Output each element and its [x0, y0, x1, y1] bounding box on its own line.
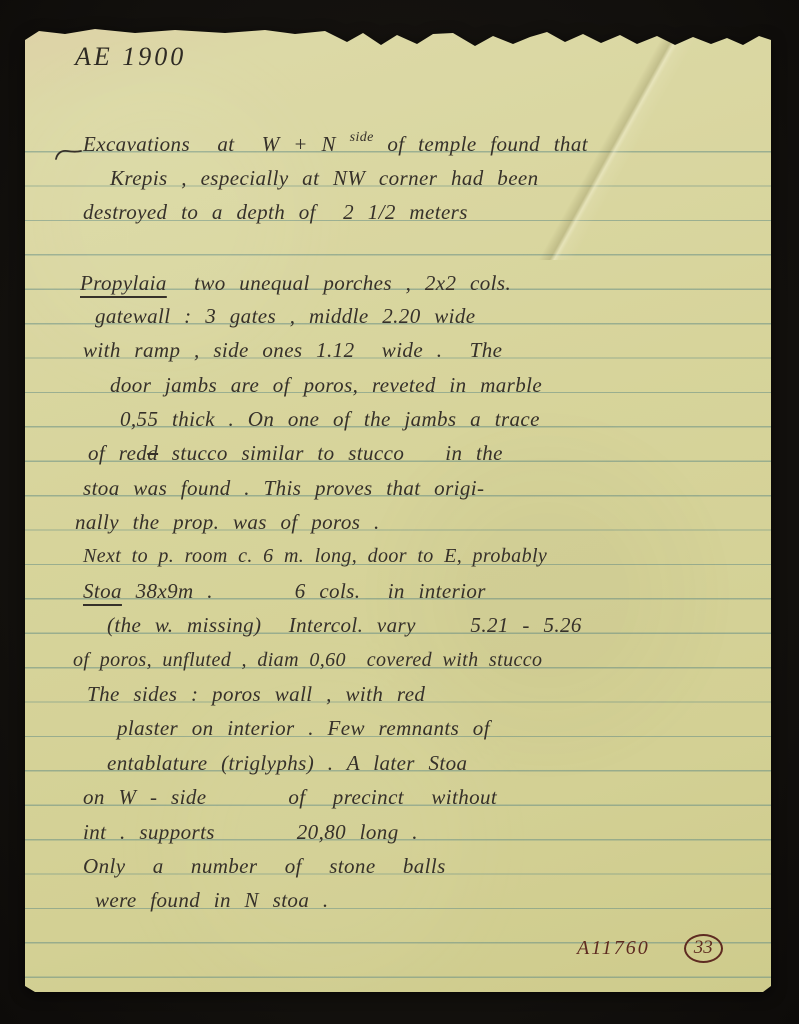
handwritten-line: 0,55 thick . On one of the jambs a trace [120, 402, 540, 436]
handwritten-line: of poros, unfluted , diam 0,60 covered w… [73, 643, 542, 677]
line-text: nally the prop. was of poros . [75, 510, 380, 534]
line-text: gatewall : 3 gates , middle 2.20 wide [95, 304, 476, 328]
handwritten-line: stoa was found . This proves that origi- [83, 471, 484, 505]
archival-annotations: A11760 33 [577, 934, 723, 963]
handwritten-line: gatewall : 3 gates , middle 2.20 wide [95, 299, 476, 333]
line-text: The sides : poros wall , with red [87, 682, 425, 706]
handwritten-line: with ramp , side ones 1.12 wide . The [83, 333, 502, 367]
handwritten-line: nally the prop. was of poros . [75, 505, 380, 539]
note-header: AE 1900 [75, 42, 186, 72]
handwritten-line: were found in N stoa . [95, 883, 329, 917]
underlined-word: Propylaia [80, 271, 167, 295]
handwritten-line: entablature (triglyphs) . A later Stoa [107, 746, 467, 780]
torn-lined-paper: AE 1900 Excavations at W + N side of tem… [25, 0, 771, 992]
handwritten-line: door jambs are of poros, reveted in marb… [110, 368, 542, 402]
line-text: stucco similar to stucco in the [158, 441, 503, 465]
handwritten-line: Only a number of stone balls [83, 849, 446, 883]
handwritten-line: int . supports 20,80 long . [83, 815, 418, 849]
line-text: with ramp , side ones 1.12 wide . The [83, 338, 502, 362]
handwritten-line: Propylaia two unequal porches , 2x2 cols… [80, 266, 511, 300]
margin-insertion-mark-icon [53, 146, 83, 162]
line-text: on W - side of precinct without [83, 785, 497, 809]
handwritten-line: Krepis , especially at NW corner had bee… [110, 161, 539, 195]
paper-sheet: AE 1900 Excavations at W + N side of tem… [25, 0, 771, 992]
underlined-word: Stoa [83, 579, 122, 603]
line-text: of poros, unfluted , diam 0,60 covered w… [73, 649, 542, 671]
line-text: Excavations at W + N [83, 132, 350, 156]
handwritten-line: (the w. missing) Intercol. vary 5.21 - 5… [107, 608, 582, 642]
line-text: stoa was found . This proves that origi- [83, 476, 484, 500]
line-text: 0,55 thick . On one of the jambs a trace [120, 407, 540, 431]
line-text: Next to p. room c. 6 m. long, door to E,… [83, 545, 547, 567]
line-text: of temple found that [374, 132, 588, 156]
handwritten-line: The sides : poros wall , with red [87, 677, 425, 711]
line-text: two unequal porches , 2x2 cols. [167, 271, 511, 295]
line-text: plaster on interior . Few remnants of [117, 716, 490, 740]
handwritten-line: plaster on interior . Few remnants of [117, 711, 490, 745]
catalog-number: A11760 [577, 937, 650, 960]
line-text: were found in N stoa . [95, 888, 329, 912]
page-number-circle: 33 [684, 934, 723, 963]
handwritten-line: Stoa 38x9m . 6 cols. in interior [83, 574, 486, 608]
handwritten-line: on W - side of precinct without [83, 780, 497, 814]
line-text: door jambs are of poros, reveted in marb… [110, 373, 542, 397]
handwritten-line: Next to p. room c. 6 m. long, door to E,… [83, 539, 547, 573]
handwritten-line: of redd stucco similar to stucco in the [88, 436, 503, 470]
line-text: Only a number of stone balls [83, 854, 446, 878]
line-text: Krepis , especially at NW corner had bee… [110, 166, 539, 190]
handwritten-line: destroyed to a depth of 2 1/2 meters [83, 195, 468, 229]
struck-out-text: d [147, 441, 158, 465]
line-text: destroyed to a depth of 2 1/2 meters [83, 200, 468, 224]
line-text: of red [88, 441, 147, 465]
handwritten-line: Excavations at W + N side of temple foun… [83, 127, 588, 165]
line-text: int . supports 20,80 long . [83, 820, 418, 844]
line-text: entablature (triglyphs) . A later Stoa [107, 751, 467, 775]
line-text: (the w. missing) Intercol. vary 5.21 - 5… [107, 613, 582, 637]
line-text: 38x9m . 6 cols. in interior [122, 579, 486, 603]
superscript-insertion: side [350, 130, 374, 145]
